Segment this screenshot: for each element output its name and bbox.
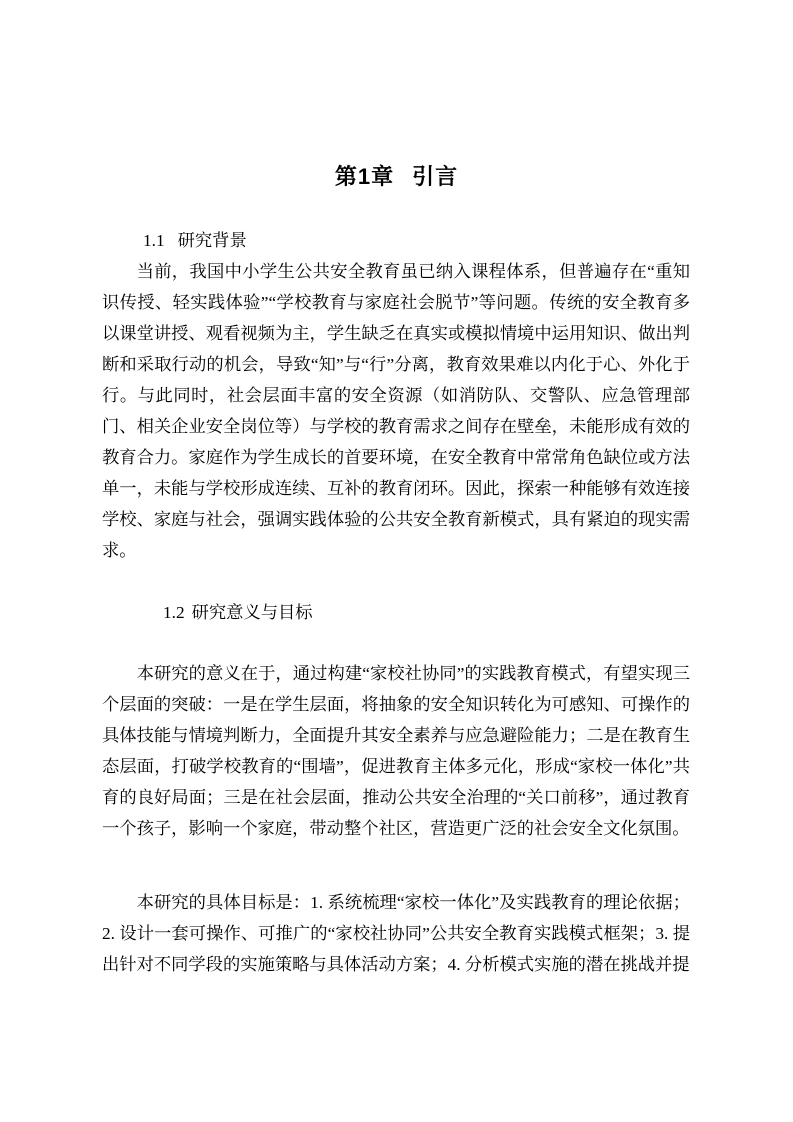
document-page: 第1章引言 1.1研究背景 当前，我国中小学生公共安全教育虽已纳入课程体系，但普… (0, 0, 793, 1122)
paragraph-research-significance: 本研究的意义在于，通过构建“家校社协同”的实践教育模式，有望实现三个层面的突破：… (102, 658, 690, 844)
paragraph-research-background: 当前，我国中小学生公共安全教育虽已纳入课程体系，但普遍存在“重知识传授、轻实践体… (102, 256, 690, 566)
chapter-title-text: 引言 (412, 164, 458, 189)
section-heading-1-1: 1.1研究背景 (102, 225, 690, 256)
section-number: 1.1 (143, 231, 165, 250)
section-number: 1.2 (163, 603, 185, 622)
paragraph-research-goals: 本研究的具体目标是：1. 系统梳理“家校一体化”及实践教育的理论依据；2. 设计… (102, 887, 690, 980)
chapter-number-label: 第1章 (335, 164, 394, 189)
chapter-title: 第1章引言 (0, 0, 793, 191)
section-heading-1-2: 1.2研究意义与目标 (102, 597, 690, 628)
section-title: 研究意义与目标 (192, 603, 313, 622)
page-content: 1.1研究背景 当前，我国中小学生公共安全教育虽已纳入课程体系，但普遍存在“重知… (102, 225, 690, 980)
section-title: 研究背景 (178, 231, 247, 250)
